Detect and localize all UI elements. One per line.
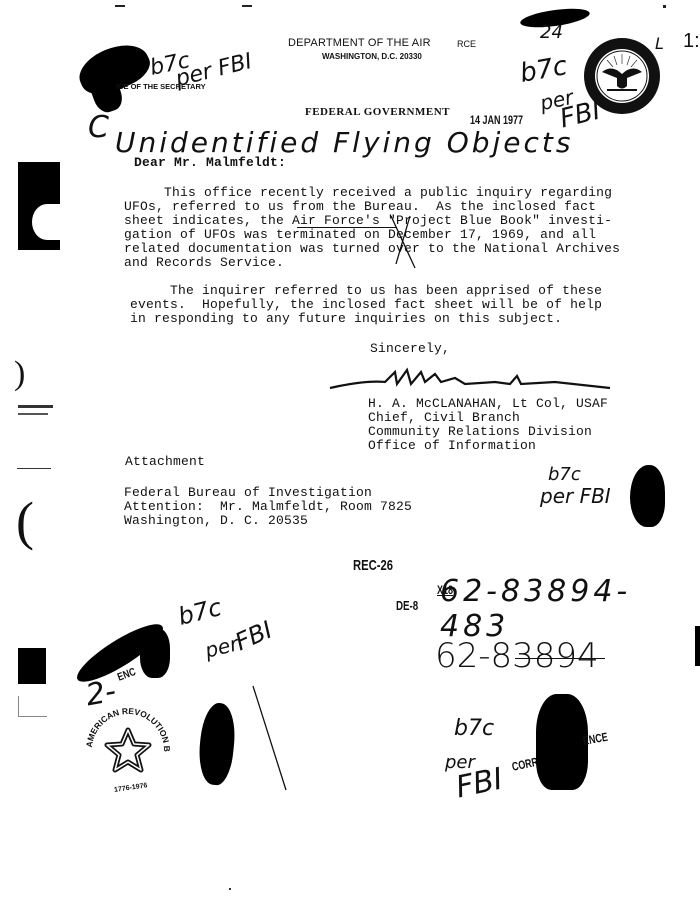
pen-stroke	[250, 684, 290, 794]
attachment-label: Attachment	[125, 455, 205, 469]
bicentennial-star-icon: AMERICAN REVOLUTION BICENTENNIAL 1776-19…	[82, 704, 174, 796]
letterhead-address: WASHINGTON, D.C. 20330	[322, 52, 422, 61]
signer-office: Office of Information	[368, 439, 608, 453]
svg-text:1776-1976: 1776-1976	[114, 782, 148, 794]
scan-artifact-block	[18, 648, 46, 684]
scan-edge-bar	[695, 626, 700, 666]
handwritten-b7c-note: b7c	[175, 593, 224, 631]
recipient-line: Federal Bureau of Investigation	[124, 486, 412, 500]
redaction-blob	[140, 628, 170, 678]
margin-mark: )	[14, 355, 25, 393]
scan-artifact	[18, 696, 47, 717]
scan-dot	[229, 888, 231, 890]
margin-mark	[18, 405, 53, 408]
file-number-handwritten: 62-83894-483	[440, 574, 700, 644]
seal-icon	[582, 36, 662, 116]
recipient-address: Federal Bureau of Investigation Attentio…	[124, 486, 412, 528]
underline-mark	[297, 227, 397, 228]
recipient-line: Washington, D. C. 20535	[124, 514, 412, 528]
page-marker: 1:	[683, 30, 700, 53]
paragraph-1: This office recently received a public i…	[124, 186, 620, 270]
handwritten-b7c-note: b7c	[454, 716, 494, 741]
paragraph-line: The inquirer referred to us has been app…	[130, 284, 602, 298]
bicentennial-logo: AMERICAN REVOLUTION BICENTENNIAL 1776-19…	[82, 704, 174, 796]
scan-mark	[242, 5, 252, 7]
redaction-blob	[196, 701, 238, 786]
file-number-underline	[515, 658, 605, 659]
handwritten-number: 24	[540, 22, 563, 43]
paragraph-line: gation of UFOs was terminated on Decembe…	[124, 228, 620, 242]
margin-mark	[17, 468, 51, 469]
paragraph-line: related documentation was turned over to…	[124, 242, 620, 256]
correspondence-stamp-right: ENCE	[582, 730, 609, 748]
file-number-handwritten-2: 62-83894	[435, 636, 599, 676]
letterhead-department-tail: RCE	[457, 39, 476, 49]
handwritten-per-fbi-note: per FBI	[540, 484, 611, 508]
federal-government-stamp: FEDERAL GOVERNMENT	[305, 106, 450, 118]
department-of-defense-seal	[582, 36, 662, 116]
paragraph-line: sheet indicates, the Air Force's "Projec…	[124, 214, 620, 228]
scan-artifact-block	[18, 162, 60, 250]
paragraph-line: This office recently received a public i…	[124, 186, 620, 200]
salutation: Dear Mr. Malmfeldt:	[134, 156, 286, 170]
paragraph-line: UFOs, referred to us from the Bureau. As…	[124, 200, 620, 214]
handwritten-mark: L	[655, 34, 664, 53]
paragraph-line: events. Hopefully, the inclosed fact she…	[130, 298, 602, 312]
date-received-stamp: 14 JAN 1977	[470, 113, 523, 127]
redaction-blob	[536, 694, 588, 790]
handwritten-b7c-note: b7c	[548, 464, 581, 485]
handwritten-b7c-note: b7c	[518, 51, 570, 89]
redaction-blob	[630, 465, 665, 527]
rec-stamp: REC-26	[353, 557, 393, 574]
margin-c-mark: C	[88, 110, 109, 145]
closing: Sincerely,	[370, 342, 450, 356]
paragraph-2: The inquirer referred to us has been app…	[130, 284, 602, 326]
scan-mark	[115, 5, 125, 7]
margin-mark	[18, 413, 48, 415]
letterhead-office: ICE OF THE SECRETARY	[116, 82, 206, 91]
de-stamp: DE-8	[396, 598, 418, 613]
signature-block: H. A. McCLANAHAN, Lt Col, USAF Chief, Ci…	[368, 397, 608, 453]
recipient-line: Attention: Mr. Malmfeldt, Room 7825	[124, 500, 412, 514]
signer-division: Community Relations Division	[368, 425, 608, 439]
paragraph-line: in responding to any future inquiries on…	[130, 312, 602, 326]
scan-mark	[663, 5, 666, 8]
signer-name: H. A. McCLANAHAN, Lt Col, USAF	[368, 397, 608, 411]
signer-title: Chief, Civil Branch	[368, 411, 608, 425]
margin-mark: (	[16, 490, 34, 552]
paragraph-line: and Records Service.	[124, 256, 620, 270]
letterhead-department: DEPARTMENT OF THE AIR	[288, 37, 431, 49]
signature	[325, 366, 615, 396]
strike-x-mark	[388, 214, 418, 270]
